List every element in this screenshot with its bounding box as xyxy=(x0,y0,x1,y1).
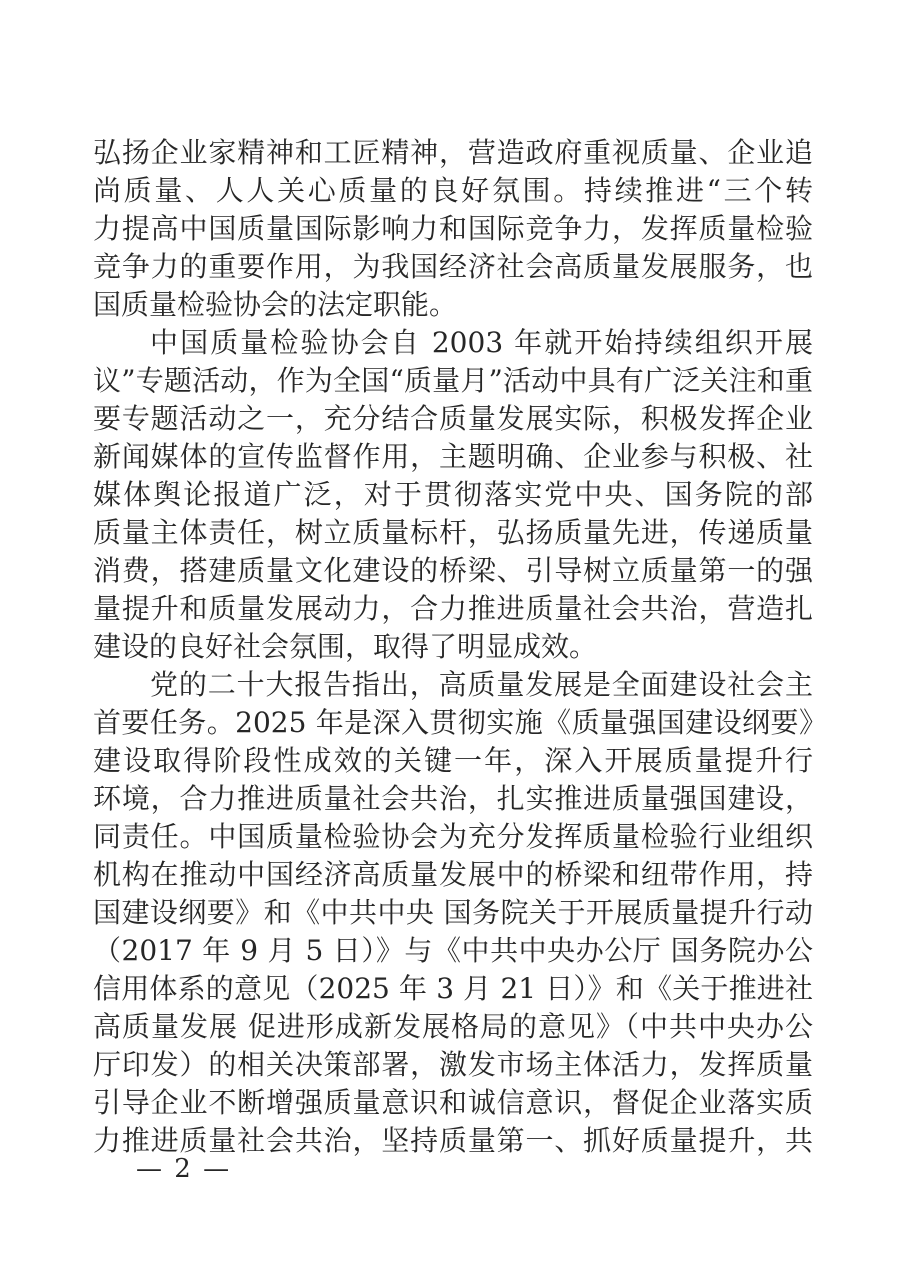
text-line: 建设取得阶段性成效的关键一年，深入开展质量提升行动，助力优化市场 xyxy=(93,742,813,780)
text-line: 高质量发展 促进形成新发展格局的意见》（中共中央办公厅 国务院办公 xyxy=(93,1008,813,1046)
text-line: 量提升和质量发展动力，合力推进质量社会共治，营造扎实推进质量强国 xyxy=(93,590,813,628)
text-line: 中国质量检验协会自 2003 年就开始持续组织开展的“企业质量诚信倡 xyxy=(93,324,813,362)
document-body: 弘扬企业家精神和工匠精神，营造政府重视质量、企业追求质量、社会崇尚质量、人人关心… xyxy=(93,134,813,1160)
text-line: 引导企业不断增强质量意识和诚信意识，督促企业落实质量安全责任，合 xyxy=(93,1084,813,1122)
text-line: 建设的良好社会氛围，取得了明显成效。 xyxy=(93,628,813,666)
text-line: 尚质量、人人关心质量的良好氛围。持续推进“三个转变”重要思想，助 xyxy=(93,172,813,210)
text-line: 党的二十大报告指出，高质量发展是全面建设社会主义现代化国家的 xyxy=(93,666,813,704)
text-line: 媒体舆论报道广泛，对于贯彻落实党中央、国务院的部署，督促企业落实 xyxy=(93,476,813,514)
text-line: 竞争力的重要作用，为我国经济社会高质量发展服务，也是其章程赋予中 xyxy=(93,248,813,286)
text-line: 消费，搭建质量文化建设的桥梁、引导树立质量第一的强烈意识、激发质 xyxy=(93,552,813,590)
text-line: 议”专题活动，作为全国“质量月”活动中具有广泛关注和重要影响的主 xyxy=(93,362,813,400)
paragraph: 中国质量检验协会自 2003 年就开始持续组织开展的“企业质量诚信倡议”专题活动… xyxy=(93,324,813,666)
paragraph: 弘扬企业家精神和工匠精神，营造政府重视质量、企业追求质量、社会崇尚质量、人人关心… xyxy=(93,134,813,324)
text-line: 信用体系的意见（2025 年 3 月 21 日）》和《关于推进社会信用体系建设 xyxy=(93,970,813,1008)
text-line: 首要任务。2025 年是深入贯彻实施《质量强国建设纲要》并推动质量强国 xyxy=(93,704,813,742)
text-line: 国建设纲要》和《中共中央 国务院关于开展质量提升行动的指导意见 xyxy=(93,894,813,932)
text-line: （2017 年 9 月 5 日）》与《中共中央办公厅 国务院办公厅关于健全社会 xyxy=(93,932,813,970)
document-page: 弘扬企业家精神和工匠精神，营造政府重视质量、企业追求质量、社会崇尚质量、人人关心… xyxy=(0,0,900,1273)
text-line: 要专题活动之一，充分结合质量发展实际，积极发挥企业的主力军作用和 xyxy=(93,400,813,438)
text-line: 环境，合力推进质量社会共治，扎实推进质量强国建设，是社会各界的共 xyxy=(93,780,813,818)
page-number: — 2 — xyxy=(136,1150,231,1188)
text-line: 同责任。中国质量检验协会为充分发挥质量检验行业组织和质量专业社团 xyxy=(93,818,813,856)
text-line: 厅印发）的相关决策部署，激发市场主体活力，发挥质量先进示范作用， xyxy=(93,1046,813,1084)
text-line: 质量主体责任，树立质量标杆，弘扬质量先进，传递质量信任，引导质量 xyxy=(93,514,813,552)
text-line: 弘扬企业家精神和工匠精神，营造政府重视质量、企业追求质量、社会崇 xyxy=(93,134,813,172)
text-line: 机构在推动中国经济高质量发展中的桥梁和纽带作用，持续贯彻《质量强 xyxy=(93,856,813,894)
text-line: 力提高中国质量国际影响力和国际竞争力，发挥质量检验对提升国家核心 xyxy=(93,210,813,248)
text-line: 国质量检验协会的法定职能。 xyxy=(93,286,813,324)
paragraph: 党的二十大报告指出，高质量发展是全面建设社会主义现代化国家的首要任务。2025 … xyxy=(93,666,813,1160)
text-line: 新闻媒体的宣传监督作用，主题明确、企业参与积极、社会各界互动性强、 xyxy=(93,438,813,476)
